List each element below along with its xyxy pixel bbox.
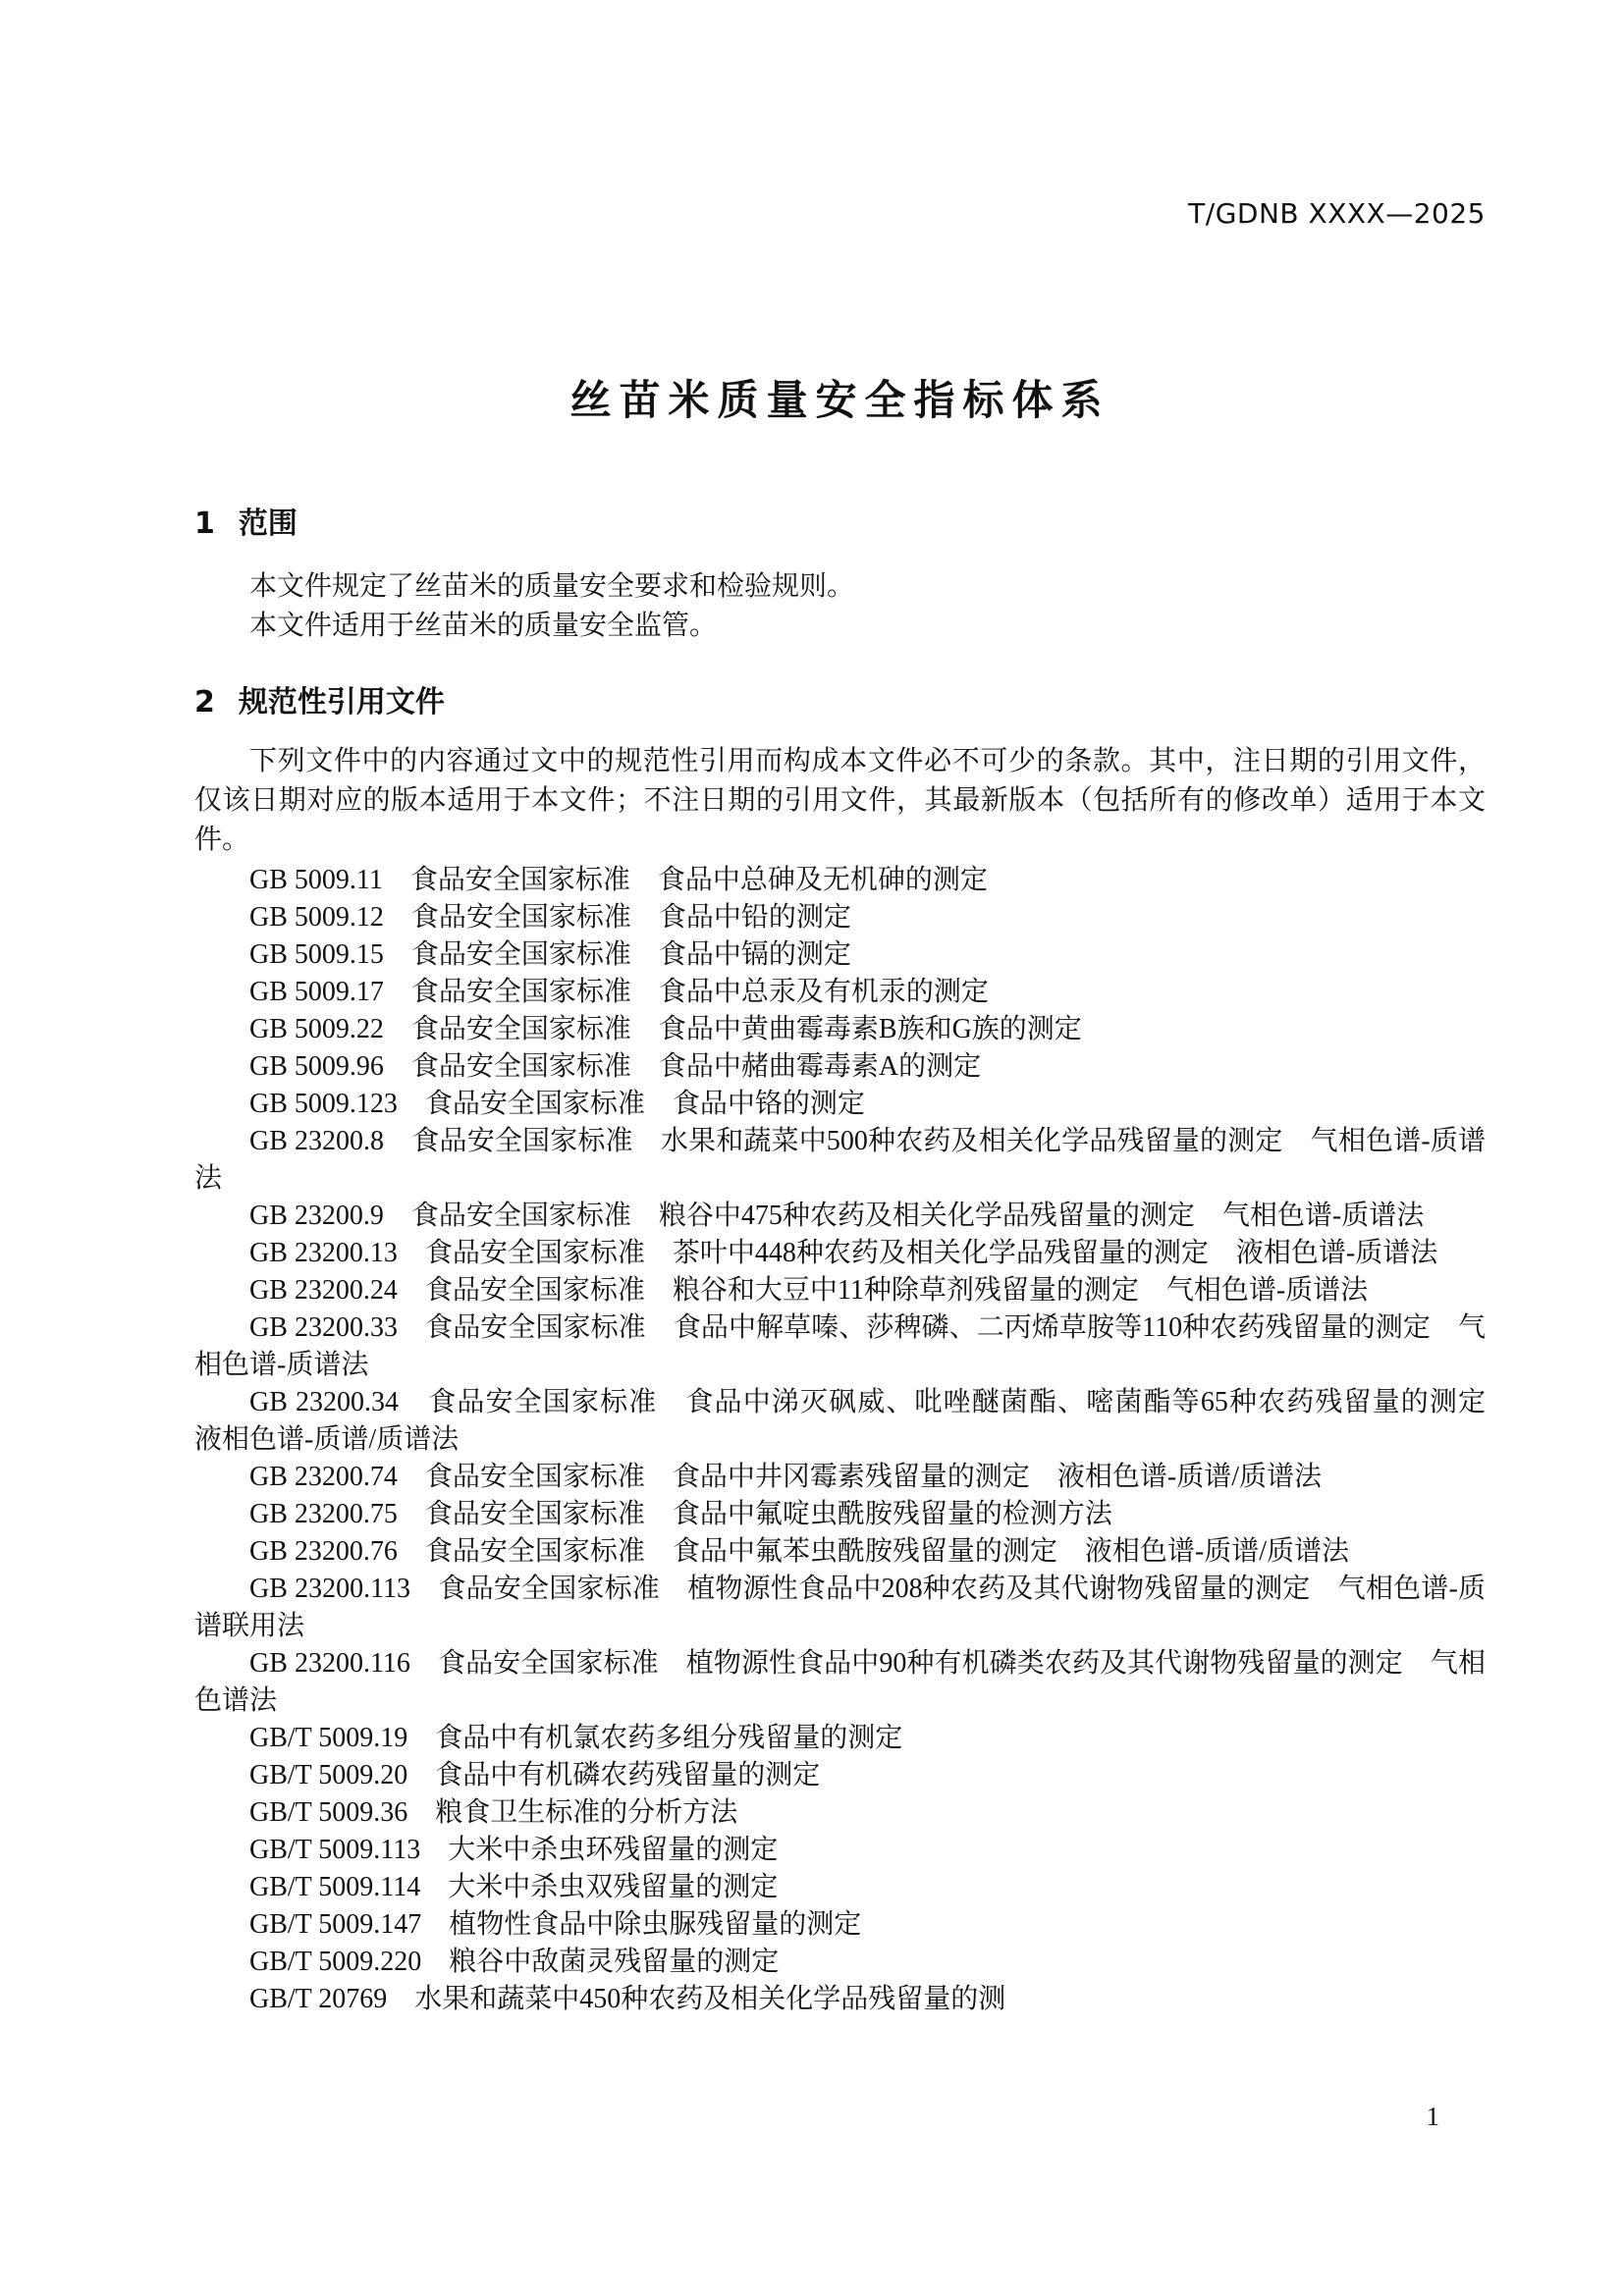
reference-item: GB 23200.116 食品安全国家标准 植物源性食品中90种有机磷类农药及其… <box>194 1645 1486 1720</box>
reference-item: GB/T 5009.19 食品中有机氯农药多组分残留量的测定 <box>194 1720 1486 1757</box>
section-1-heading: 1范围 <box>194 507 1486 542</box>
reference-item: GB/T 5009.147 植物性食品中除虫脲残留量的测定 <box>194 1906 1486 1944</box>
reference-item: GB 23200.76 食品安全国家标准 食品中氟苯虫酰胺残留量的测定 液相色谱… <box>194 1533 1486 1571</box>
page-content: T/GDNB XXXX—2025 丝苗米质量安全指标体系 1范围 本文件规定了丝… <box>0 0 1624 2018</box>
reference-item: GB 5009.12 食品安全国家标准 食品中铅的测定 <box>194 899 1486 936</box>
reference-item: GB 23200.13 食品安全国家标准 茶叶中448种农药及相关化学品残留量的… <box>194 1235 1486 1272</box>
page-number: 1 <box>1427 2101 1440 2132</box>
reference-item: GB/T 20769 水果和蔬菜中450种农药及相关化学品残留量的测 <box>194 1981 1486 2018</box>
reference-item: GB/T 5009.114 大米中杀虫双残留量的测定 <box>194 1869 1486 1906</box>
section-2-intro: 下列文件中的内容通过文中的规范性引用而构成本文件必不可少的条款。其中，注日期的引… <box>194 742 1486 860</box>
reference-item: GB/T 5009.113 大米中杀虫环残留量的测定 <box>194 1832 1486 1869</box>
section-2-heading-text: 规范性引用文件 <box>239 685 445 720</box>
document-page: T/GDNB XXXX—2025 丝苗米质量安全指标体系 1范围 本文件规定了丝… <box>0 0 1624 2296</box>
reference-item: GB 5009.17 食品安全国家标准 食品中总汞及有机汞的测定 <box>194 974 1486 1011</box>
section-1-paragraphs: 本文件规定了丝苗米的质量安全要求和检验规则。本文件适用于丝苗米的质量安全监管。 <box>194 567 1486 646</box>
section-2-heading: 2规范性引用文件 <box>194 685 1486 721</box>
section-1-paragraph: 本文件规定了丝苗米的质量安全要求和检验规则。 <box>194 567 1486 607</box>
reference-item: GB/T 5009.20 食品中有机磷农药残留量的测定 <box>194 1757 1486 1794</box>
reference-item: GB 23200.113 食品安全国家标准 植物源性食品中208种农药及其代谢物… <box>194 1571 1486 1645</box>
reference-item: GB 5009.11 食品安全国家标准 食品中总砷及无机砷的测定 <box>194 862 1486 899</box>
section-1-number: 1 <box>194 507 215 542</box>
reference-item: GB 23200.33 食品安全国家标准 食品中解草嗪、莎稗磷、二丙烯草胺等11… <box>194 1309 1486 1384</box>
references-list: GB 5009.11 食品安全国家标准 食品中总砷及无机砷的测定GB 5009.… <box>194 862 1486 2018</box>
reference-item: GB/T 5009.36 粮食卫生标准的分析方法 <box>194 1794 1486 1832</box>
reference-item: GB 23200.75 食品安全国家标准 食品中氟啶虫酰胺残留量的检测方法 <box>194 1496 1486 1533</box>
section-2-number: 2 <box>194 685 215 721</box>
reference-item: GB 23200.24 食品安全国家标准 粮谷和大豆中11种除草剂残留量的测定 … <box>194 1272 1486 1309</box>
reference-item: GB 5009.96 食品安全国家标准 食品中赭曲霉毒素A的测定 <box>194 1048 1486 1086</box>
section-1-heading-text: 范围 <box>239 507 298 541</box>
reference-item: GB 5009.22 食品安全国家标准 食品中黄曲霉毒素B族和G族的测定 <box>194 1011 1486 1048</box>
reference-item: GB 5009.123 食品安全国家标准 食品中铬的测定 <box>194 1086 1486 1123</box>
section-1-paragraph: 本文件适用于丝苗米的质量安全监管。 <box>194 607 1486 646</box>
document-code: T/GDNB XXXX—2025 <box>194 0 1486 230</box>
reference-item: GB 23200.9 食品安全国家标准 粮谷中475种农药及相关化学品残留量的测… <box>194 1198 1486 1235</box>
reference-item: GB/T 5009.220 粮谷中敌菌灵残留量的测定 <box>194 1944 1486 1981</box>
reference-item: GB 23200.34 食品安全国家标准 食品中涕灭砜威、吡唑醚菌酯、嘧菌酯等6… <box>194 1384 1486 1459</box>
reference-item: GB 5009.15 食品安全国家标准 食品中镉的测定 <box>194 936 1486 974</box>
reference-item: GB 23200.74 食品安全国家标准 食品中井冈霉素残留量的测定 液相色谱-… <box>194 1459 1486 1496</box>
document-title: 丝苗米质量安全指标体系 <box>194 377 1486 424</box>
reference-item: GB 23200.8 食品安全国家标准 水果和蔬菜中500种农药及相关化学品残留… <box>194 1123 1486 1198</box>
